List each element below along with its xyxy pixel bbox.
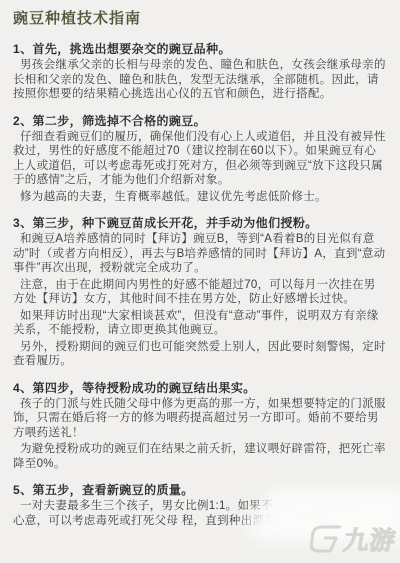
guide-section-4: 4、第四步，等待授粉成功的豌豆结出果实。孩子的门派与姓氏随父母中修为更高的那一方… (13, 381, 387, 472)
section-heading: 4、第四步，等待授粉成功的豌豆结出果实。 (13, 381, 387, 396)
section-paragraph: 仔细查看豌豆们的履历，确保他们没有心上人或道侣，并且没有被异性救过，男性的好感度… (13, 130, 387, 188)
section-paragraph: 和豌豆A培养感情的同时【拜访】豌豆B，等到“A看着B的目光似有意动”时（或者方向… (13, 232, 387, 276)
guide-section-3: 3、第三步，种下豌豆苗成长开花，并手动为他们授粉。和豌豆A培养感情的同时【拜访】… (13, 216, 387, 369)
watermark-brand-text: 九游 (341, 521, 398, 557)
section-paragraph: 注意，由于在此期间内男性的好感不能超过70，可以每月一次挂在男方处【拜访】女方，… (13, 278, 387, 307)
guide-section-2: 2、第二步，筛选掉不合格的豌豆。仔细查看豌豆们的履历，确保他们没有心上人或道侣，… (13, 114, 387, 205)
section-heading: 2、第二步，筛选掉不合格的豌豆。 (13, 114, 387, 129)
screenshot-root: { "page": { "title": "豌豆种植技术指南", "sectio… (0, 0, 400, 563)
9game-watermark: 九游 (305, 521, 398, 557)
guide-article-page: 豌豆种植技术指南 1、首先，挑选出想要杂交的豌豆品种。男孩会继承父亲的长相与母亲… (0, 0, 400, 563)
section-paragraph: 孩子的门派与姓氏随父母中修为更高的那一方，如果想要特定的门派服饰，只需在婚后将一… (13, 397, 387, 441)
section-paragraph: 另外，授粉期间的豌豆们也可能突然爱上别人，因此要时刻警惕，定时查看履历。 (13, 340, 387, 369)
page-title: 豌豆种植技术指南 (13, 9, 387, 29)
9game-logo-icon (306, 523, 344, 555)
section-paragraph: 男孩会继承父亲的长相与母亲的发色、瞳色和肤色，女孩会继承母亲的长相和父亲的发色、… (13, 58, 387, 102)
section-paragraph: 为避免授粉成功的豌豆们在结果之前夭折，建议喂好辟雷符，把死亡率降至0%。 (13, 442, 387, 471)
section-paragraph: 修为越高的夫妻，生育概率越低。建议优先考虑低阶修士。 (13, 190, 387, 205)
section-heading: 1、首先，挑选出想要杂交的豌豆品种。 (13, 42, 387, 57)
article-body: 1、首先，挑选出想要杂交的豌豆品种。男孩会继承父亲的长相与母亲的发色、瞳色和肤色… (13, 42, 387, 528)
section-paragraph: 如果拜访时出现“大家相谈甚欢”，但没有“意动”事件，说明双方有亲缘关系，不能授粉… (13, 309, 387, 338)
section-heading: 3、第三步，种下豌豆苗成长开花，并手动为他们授粉。 (13, 216, 387, 231)
guide-section-1: 1、首先，挑选出想要杂交的豌豆品种。男孩会继承父亲的长相与母亲的发色、瞳色和肤色… (13, 42, 387, 102)
